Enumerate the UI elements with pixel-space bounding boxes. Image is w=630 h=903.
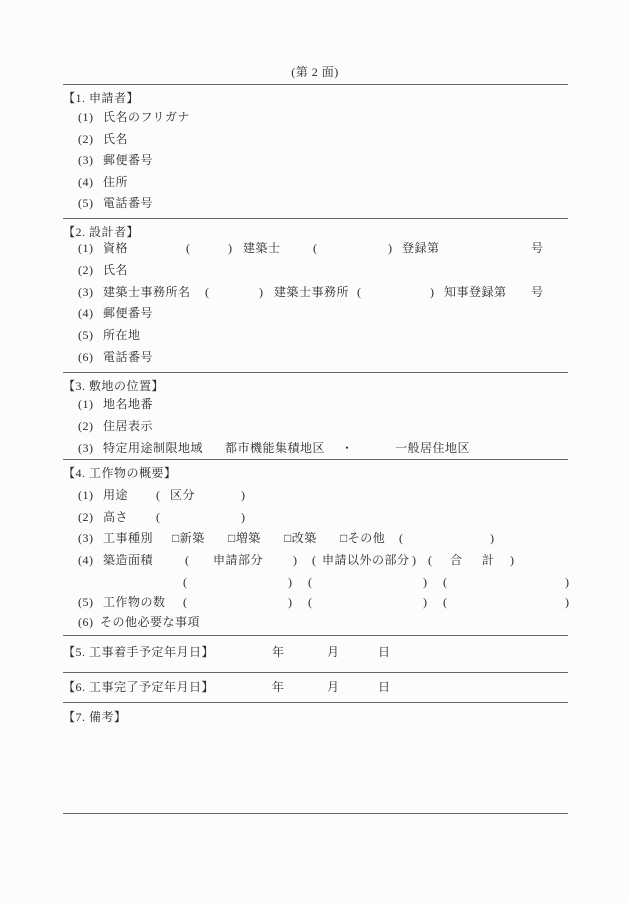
horizontal-rule (63, 813, 568, 814)
horizontal-rule (63, 84, 568, 85)
form-page-2: (第 2 面) 【1. 申請者】 (1) 氏名のフリガナ (2) 氏名 (3) … (0, 0, 630, 903)
paren-open: ( (312, 551, 317, 569)
checkbox-other: □その他 (340, 529, 385, 547)
paren-close: ) (423, 593, 428, 611)
item-number: (1) (78, 486, 94, 504)
item-label: 地名地番 (103, 395, 153, 413)
row-designer-qualification: (1) 資格 ( ) 建築士 ( ) 登録第 号 (0, 239, 630, 257)
row-designer-office-address: (5) 所在地 (0, 326, 630, 344)
label-non-application-part: 申請以外の部分 (322, 551, 410, 569)
item-label: 郵便番号 (103, 151, 153, 169)
page-title-text: (第 2 面) (291, 65, 339, 79)
item-label: 工作物の数 (103, 593, 166, 611)
label-month: 月 (327, 678, 340, 696)
label-year: 年 (272, 678, 285, 696)
row-construction-area-values: ( ) ( ) ( ) (0, 573, 630, 591)
item-label: 郵便番号 (103, 304, 153, 322)
paren-close: ) (293, 551, 298, 569)
item-label: 資格 (103, 239, 128, 257)
paren-open: ( (428, 551, 433, 569)
paren-open: ( (357, 283, 362, 301)
label-application-part: 申請部分 (213, 551, 263, 569)
item-number: (2) (78, 130, 94, 148)
item-label: 氏名 (103, 261, 128, 279)
label-number-suffix: 号 (531, 283, 544, 301)
horizontal-rule (63, 459, 568, 460)
label-month: 月 (327, 643, 340, 661)
paren-close: ) (565, 593, 570, 611)
page-title: (第 2 面) (0, 63, 630, 81)
item-number: (5) (78, 194, 94, 212)
label-day: 日 (378, 643, 391, 661)
item-label: 氏名 (103, 130, 128, 148)
section-7-header-row: 【7. 備考】 (0, 708, 630, 726)
section-5-header: 【5. 工事着手予定年月日】 (63, 643, 214, 661)
label-total-1: 合 (450, 551, 463, 569)
paren-close: ) (241, 508, 246, 526)
paren-close: ) (228, 239, 233, 257)
label-governor-registration-no: 知事登録第 (444, 283, 507, 301)
item-number: (5) (78, 326, 94, 344)
item-label: その他必要な事項 (100, 613, 200, 631)
option-general-residential-district: 一般居住地区 (395, 439, 470, 457)
item-number: (2) (78, 417, 94, 435)
paren-close: ) (430, 283, 435, 301)
row-construction-start-date: 【5. 工事着手予定年月日】 年 月 日 (0, 643, 630, 661)
horizontal-rule (63, 372, 568, 373)
row-structure-height: (2) 高さ ( ) (0, 508, 630, 526)
paren-close: ) (423, 573, 428, 591)
section-4-header: 【4. 工作物の概要】 (63, 464, 177, 482)
label-registration-no: 登録第 (402, 239, 440, 257)
item-label: 所在地 (103, 326, 141, 344)
item-label: 建築士事務所名 (103, 283, 191, 301)
row-construction-completion-date: 【6. 工事完了予定年月日】 年 月 日 (0, 678, 630, 696)
row-site-address-display: (2) 住居表示 (0, 417, 630, 435)
row-designer-name: (2) 氏名 (0, 261, 630, 279)
item-number: (3) (78, 529, 94, 547)
row-applicant-name: (2) 氏名 (0, 130, 630, 148)
item-number: (2) (78, 508, 94, 526)
horizontal-rule (63, 672, 568, 673)
paren-open: ( (399, 529, 404, 547)
section-3-header: 【3. 敷地の位置】 (63, 377, 164, 395)
item-label: 電話番号 (103, 194, 153, 212)
paren-close: ) (288, 573, 293, 591)
item-label: 用途 (103, 486, 128, 504)
checkbox-extension: □増築 (228, 529, 261, 547)
label-architect-office: 建築士事務所 (274, 283, 349, 301)
row-structure-use: (1) 用途 ( 区分 ) (0, 486, 630, 504)
item-label: 氏名のフリガナ (103, 108, 190, 126)
row-designer-office-name: (3) 建築士事務所名 ( ) 建築士事務所 ( ) 知事登録第 号 (0, 283, 630, 301)
row-applicant-name-kana: (1) 氏名のフリガナ (0, 108, 630, 126)
paren-open: ( (308, 573, 313, 591)
section-6-header: 【6. 工事完了予定年月日】 (63, 678, 214, 696)
label-year: 年 (272, 643, 285, 661)
paren-open: ( (443, 593, 448, 611)
row-applicant-postal-code: (3) 郵便番号 (0, 151, 630, 169)
label-day: 日 (378, 678, 391, 696)
item-number: (1) (78, 108, 94, 126)
paren-close: ) (241, 486, 246, 504)
row-applicant-address: (4) 住所 (0, 173, 630, 191)
row-designer-phone: (6) 電話番号 (0, 348, 630, 366)
paren-close: ) (288, 593, 293, 611)
paren-close: ) (565, 573, 570, 591)
label-category: 区分 (170, 486, 195, 504)
paren-open: ( (156, 486, 161, 504)
item-label: 高さ (103, 508, 128, 526)
item-number: (6) (78, 613, 94, 631)
section-1-header: 【1. 申請者】 (63, 89, 139, 107)
label-total-2: 計 (482, 551, 495, 569)
paren-open: ( (205, 283, 210, 301)
item-label: 電話番号 (103, 348, 153, 366)
row-structure-count: (5) 工作物の数 ( ) ( ) ( ) (0, 593, 630, 611)
item-label: 住所 (103, 173, 128, 191)
item-number: (3) (78, 439, 94, 457)
paren-close: ) (388, 239, 393, 257)
paren-open: ( (185, 551, 190, 569)
item-number: (2) (78, 261, 94, 279)
row-other-required-items: (6) その他必要な事項 (0, 613, 630, 631)
item-number: (3) (78, 151, 94, 169)
section-4-header-row: 【4. 工作物の概要】 (0, 464, 630, 482)
section-1-header-row: 【1. 申請者】 (0, 89, 630, 107)
paren-open: ( (156, 508, 161, 526)
section-7-header: 【7. 備考】 (63, 708, 127, 726)
row-site-restricted-use-district: (3) 特定用途制限地域 都市機能集積地区 ・ 一般居住地区 (0, 439, 630, 457)
row-applicant-phone: (5) 電話番号 (0, 194, 630, 212)
item-number: (1) (78, 239, 94, 257)
paren-open: ( (308, 593, 313, 611)
section-3-header-row: 【3. 敷地の位置】 (0, 377, 630, 395)
item-number: (4) (78, 304, 94, 322)
option-urban-function-district: 都市機能集積地区 (225, 439, 325, 457)
item-number: (4) (78, 551, 94, 569)
paren-close: ) (510, 551, 515, 569)
paren-open: ( (183, 593, 188, 611)
label-number-suffix: 号 (531, 239, 544, 257)
item-label: 工事種別 (103, 529, 153, 547)
item-number: (5) (78, 593, 94, 611)
horizontal-rule (63, 218, 568, 219)
row-designer-postal-code: (4) 郵便番号 (0, 304, 630, 322)
paren-close: ) (259, 283, 264, 301)
horizontal-rule (63, 702, 568, 703)
separator-dot: ・ (341, 439, 354, 457)
row-construction-area: (4) 築造面積 ( 申請部分 ) ( 申請以外の部分 ) ( 合 計 ) (0, 551, 630, 569)
item-number: (1) (78, 395, 94, 413)
horizontal-rule (63, 635, 568, 636)
item-label: 特定用途制限地域 (103, 439, 203, 457)
label-architect: 建築士 (243, 239, 281, 257)
item-number: (6) (78, 348, 94, 366)
row-construction-type: (3) 工事種別 □新築 □増築 □改築 □その他 ( ) (0, 529, 630, 547)
item-number: (4) (78, 173, 94, 191)
paren-close: ) (490, 529, 495, 547)
paren-close: ) (412, 551, 417, 569)
item-label: 築造面積 (103, 551, 153, 569)
checkbox-alteration: □改築 (284, 529, 317, 547)
paren-open: ( (313, 239, 318, 257)
checkbox-new-construction: □新築 (172, 529, 205, 547)
row-site-lot-number: (1) 地名地番 (0, 395, 630, 413)
paren-open: ( (183, 573, 188, 591)
item-label: 住居表示 (103, 417, 153, 435)
item-number: (3) (78, 283, 94, 301)
paren-open: ( (443, 573, 448, 591)
paren-open: ( (186, 239, 191, 257)
